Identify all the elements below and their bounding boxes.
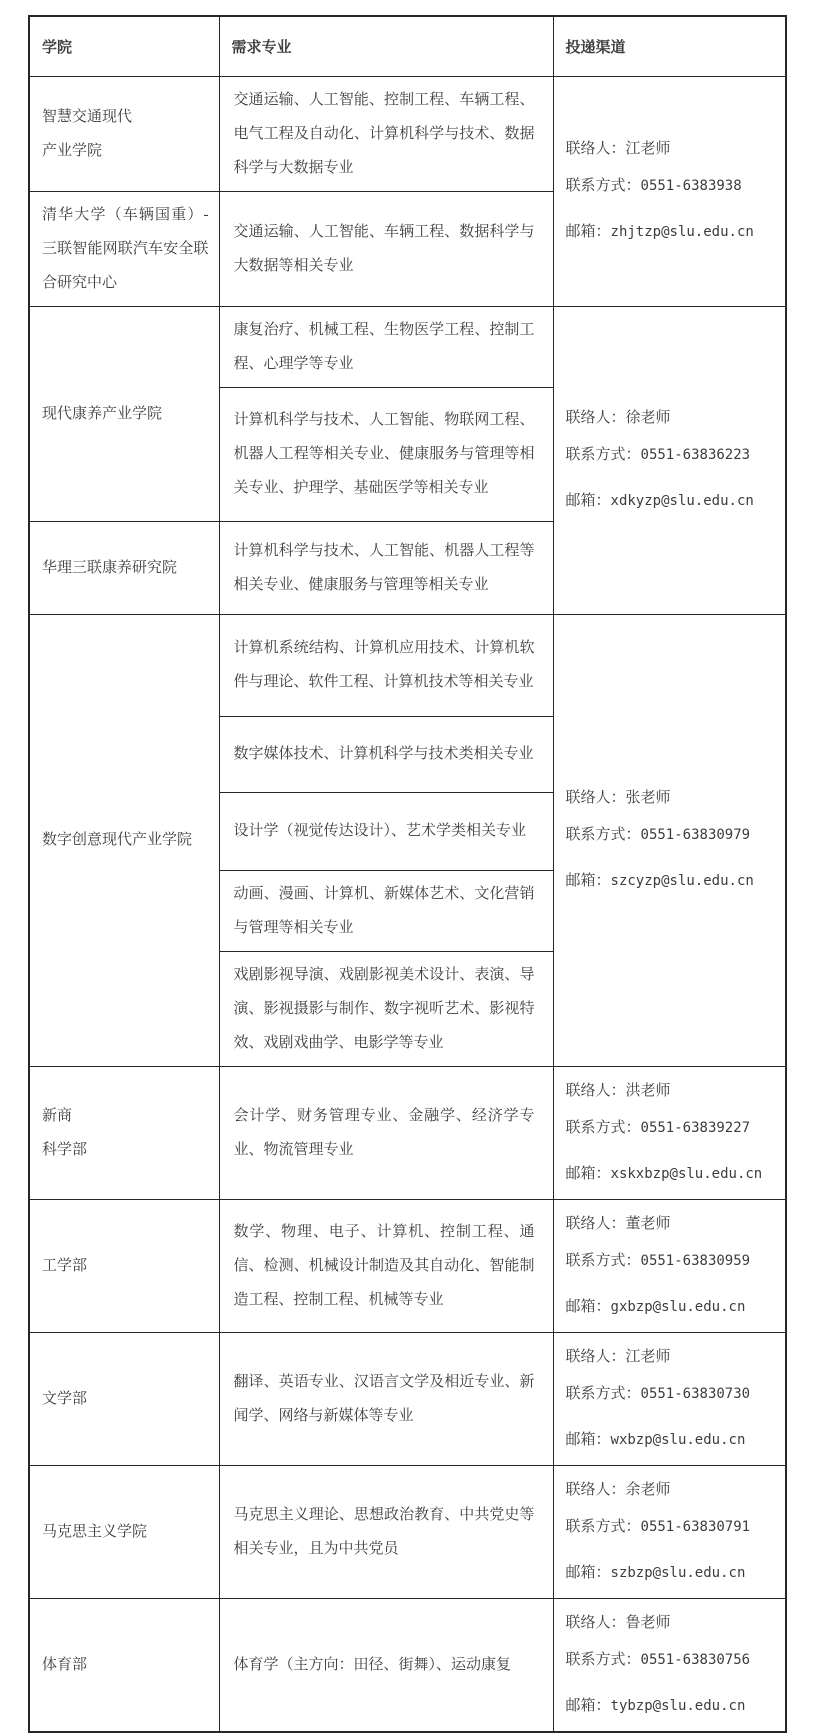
majors-cell: 设计学（视觉传达设计）、艺术学类相关专业 xyxy=(219,792,553,870)
contact-person-line: 联络人：鲁老师 xyxy=(566,1605,778,1642)
contact-person-name: 鲁老师 xyxy=(626,1615,671,1631)
contact-email-address: szcyzp@slu.edu.cn xyxy=(611,873,754,889)
contact-person-name: 洪老师 xyxy=(626,1083,671,1099)
contact-cell: 联络人：董老师 联系方式：0551-63830959 邮箱：gxbzp@slu.… xyxy=(553,1199,786,1332)
contact-phone-label: 联系方式： xyxy=(566,1386,641,1402)
table-row: 工学部 数学、物理、电子、计算机、控制工程、通信、检测、机械设计制造及其自动化、… xyxy=(29,1199,786,1332)
majors-cell: 动画、漫画、计算机、新媒体艺术、文化营销与管理等相关专业 xyxy=(219,870,553,951)
recruitment-table: 学院 需求专业 投递渠道 智慧交通现代 产业学院 交通运输、人工智能、控制工程、… xyxy=(28,15,787,1733)
contact-person-label: 联络人： xyxy=(566,1083,626,1099)
contact-person-label: 联络人： xyxy=(566,1216,626,1232)
contact-phone-line: 联系方式：0551-6383938 xyxy=(566,168,778,205)
contact-person-label: 联络人： xyxy=(566,141,626,157)
contact-phone-line: 联系方式：0551-63830730 xyxy=(566,1376,778,1413)
contact-email-address: gxbzp@slu.edu.cn xyxy=(611,1299,746,1315)
contact-phone-number: 0551-63830791 xyxy=(641,1519,751,1535)
contact-phone-label: 联系方式： xyxy=(566,1652,641,1668)
college-cell: 体育部 xyxy=(29,1598,219,1732)
contact-phone-line: 联系方式：0551-63839227 xyxy=(566,1110,778,1147)
college-cell: 数字创意现代产业学院 xyxy=(29,614,219,1066)
contact-phone-label: 联系方式： xyxy=(566,1120,641,1136)
contact-phone-line: 联系方式：0551-63836223 xyxy=(566,437,778,474)
contact-person-line: 联络人：徐老师 xyxy=(566,400,778,437)
majors-cell: 计算机系统结构、计算机应用技术、计算机软件与理论、软件工程、计算机技术等相关专业 xyxy=(219,614,553,716)
contact-person-name: 余老师 xyxy=(626,1482,671,1498)
contact-person-name: 江老师 xyxy=(626,141,671,157)
contact-email-address: szbzp@slu.edu.cn xyxy=(611,1565,746,1581)
contact-email-address: tybzp@slu.edu.cn xyxy=(611,1698,746,1714)
contact-person-label: 联络人： xyxy=(566,1482,626,1498)
header-row: 学院 需求专业 投递渠道 xyxy=(29,16,786,76)
header-channel: 投递渠道 xyxy=(553,16,786,76)
contact-email-label: 邮箱： xyxy=(566,1698,611,1714)
contact-email-label: 邮箱： xyxy=(566,1565,611,1581)
contact-email-label: 邮箱： xyxy=(566,1432,611,1448)
contact-email-label: 邮箱： xyxy=(566,224,611,240)
table-row: 马克思主义学院 马克思主义理论、思想政治教育、中共党史等相关专业，且为中共党员 … xyxy=(29,1465,786,1598)
contact-email-address: zhjtzp@slu.edu.cn xyxy=(611,224,754,240)
contact-email-line: 邮箱：wxbzp@slu.edu.cn xyxy=(566,1422,778,1459)
contact-email-line: 邮箱：gxbzp@slu.edu.cn xyxy=(566,1289,778,1326)
contact-phone-number: 0551-63836223 xyxy=(641,447,751,463)
table-row: 文学部 翻译、英语专业、汉语言文学及相近专业、新闻学、网络与新媒体等专业 联络人… xyxy=(29,1332,786,1465)
contact-email-line: 邮箱：tybzp@slu.edu.cn xyxy=(566,1688,778,1725)
contact-person-line: 联络人：董老师 xyxy=(566,1206,778,1243)
contact-phone-line: 联系方式：0551-63830791 xyxy=(566,1509,778,1546)
contact-phone-label: 联系方式： xyxy=(566,178,641,194)
majors-cell: 马克思主义理论、思想政治教育、中共党史等相关专业，且为中共党员 xyxy=(219,1465,553,1598)
contact-phone-label: 联系方式： xyxy=(566,447,641,463)
contact-email-line: 邮箱：xdkyzp@slu.edu.cn xyxy=(566,483,778,520)
college-cell: 新商 科学部 xyxy=(29,1066,219,1199)
majors-cell: 数字媒体技术、计算机科学与技术类相关专业 xyxy=(219,716,553,792)
contact-person-line: 联络人：余老师 xyxy=(566,1472,778,1509)
contact-person-label: 联络人： xyxy=(566,1615,626,1631)
contact-email-line: 邮箱：zhjtzp@slu.edu.cn xyxy=(566,214,778,251)
contact-person-name: 徐老师 xyxy=(626,410,671,426)
contact-person-name: 董老师 xyxy=(626,1216,671,1232)
contact-cell: 联络人：江老师 联系方式：0551-63830730 邮箱：wxbzp@slu.… xyxy=(553,1332,786,1465)
table-row: 数字创意现代产业学院 计算机系统结构、计算机应用技术、计算机软件与理论、软件工程… xyxy=(29,614,786,716)
table-row: 现代康养产业学院 康复治疗、机械工程、生物医学工程、控制工程、心理学等专业 联络… xyxy=(29,306,786,387)
majors-cell: 数学、物理、电子、计算机、控制工程、通信、检测、机械设计制造及其自动化、智能制造… xyxy=(219,1199,553,1332)
majors-cell: 翻译、英语专业、汉语言文学及相近专业、新闻学、网络与新媒体等专业 xyxy=(219,1332,553,1465)
college-cell: 清华大学（车辆国重）-三联智能网联汽车安全联合研究中心 xyxy=(29,191,219,306)
contact-phone-label: 联系方式： xyxy=(566,1253,641,1269)
contact-email-label: 邮箱： xyxy=(566,873,611,889)
contact-phone-number: 0551-63830730 xyxy=(641,1386,751,1402)
contact-person-label: 联络人： xyxy=(566,790,626,806)
majors-cell: 交通运输、人工智能、车辆工程、数据科学与大数据等相关专业 xyxy=(219,191,553,306)
contact-cell: 联络人：张老师 联系方式：0551-63830979 邮箱：szcyzp@slu… xyxy=(553,614,786,1066)
contact-person-label: 联络人： xyxy=(566,410,626,426)
header-college: 学院 xyxy=(29,16,219,76)
college-cell: 文学部 xyxy=(29,1332,219,1465)
contact-email-line: 邮箱：szcyzp@slu.edu.cn xyxy=(566,863,778,900)
contact-email-line: 邮箱：szbzp@slu.edu.cn xyxy=(566,1555,778,1592)
college-cell: 华理三联康养研究院 xyxy=(29,521,219,614)
contact-cell: 联络人：江老师 联系方式：0551-6383938 邮箱：zhjtzp@slu.… xyxy=(553,76,786,306)
majors-cell: 交通运输、人工智能、控制工程、车辆工程、电气工程及自动化、计算机科学与技术、数据… xyxy=(219,76,553,191)
majors-cell: 戏剧影视导演、戏剧影视美术设计、表演、导演、影视摄影与制作、数字视听艺术、影视特… xyxy=(219,951,553,1066)
contact-person-name: 江老师 xyxy=(626,1349,671,1365)
contact-phone-number: 0551-63830959 xyxy=(641,1253,751,1269)
contact-phone-line: 联系方式：0551-63830959 xyxy=(566,1243,778,1280)
college-cell: 工学部 xyxy=(29,1199,219,1332)
contact-person-line: 联络人：张老师 xyxy=(566,780,778,817)
contact-person-label: 联络人： xyxy=(566,1349,626,1365)
contact-phone-number: 0551-63830979 xyxy=(641,827,751,843)
header-majors: 需求专业 xyxy=(219,16,553,76)
table-row: 智慧交通现代 产业学院 交通运输、人工智能、控制工程、车辆工程、电气工程及自动化… xyxy=(29,76,786,191)
contact-person-line: 联络人：洪老师 xyxy=(566,1073,778,1110)
contact-email-address: xskxbzp@slu.edu.cn xyxy=(611,1166,763,1182)
contact-email-label: 邮箱： xyxy=(566,493,611,509)
contact-person-line: 联络人：江老师 xyxy=(566,131,778,168)
majors-cell: 计算机科学与技术、人工智能、物联网工程、机器人工程等相关专业、健康服务与管理等相… xyxy=(219,387,553,521)
contact-phone-number: 0551-63839227 xyxy=(641,1120,751,1136)
contact-phone-label: 联系方式： xyxy=(566,827,641,843)
majors-cell: 康复治疗、机械工程、生物医学工程、控制工程、心理学等专业 xyxy=(219,306,553,387)
contact-email-label: 邮箱： xyxy=(566,1166,611,1182)
contact-phone-line: 联系方式：0551-63830756 xyxy=(566,1642,778,1679)
contact-email-address: wxbzp@slu.edu.cn xyxy=(611,1432,746,1448)
college-cell: 现代康养产业学院 xyxy=(29,306,219,521)
contact-email-label: 邮箱： xyxy=(566,1299,611,1315)
contact-phone-number: 0551-6383938 xyxy=(641,178,742,194)
contact-cell: 联络人：鲁老师 联系方式：0551-63830756 邮箱：tybzp@slu.… xyxy=(553,1598,786,1732)
table-row: 体育部 体育学（主方向：田径、街舞）、运动康复 联络人：鲁老师 联系方式：055… xyxy=(29,1598,786,1732)
contact-email-line: 邮箱：xskxbzp@slu.edu.cn xyxy=(566,1156,778,1193)
majors-cell: 体育学（主方向：田径、街舞）、运动康复 xyxy=(219,1598,553,1732)
table-row: 新商 科学部 会计学、财务管理专业、金融学、经济学专业、物流管理专业 联络人：洪… xyxy=(29,1066,786,1199)
contact-cell: 联络人：徐老师 联系方式：0551-63836223 邮箱：xdkyzp@slu… xyxy=(553,306,786,614)
contact-email-address: xdkyzp@slu.edu.cn xyxy=(611,493,754,509)
college-cell: 智慧交通现代 产业学院 xyxy=(29,76,219,191)
college-cell: 马克思主义学院 xyxy=(29,1465,219,1598)
contact-phone-label: 联系方式： xyxy=(566,1519,641,1535)
contact-person-name: 张老师 xyxy=(626,790,671,806)
contact-cell: 联络人：余老师 联系方式：0551-63830791 邮箱：szbzp@slu.… xyxy=(553,1465,786,1598)
majors-cell: 计算机科学与技术、人工智能、机器人工程等相关专业、健康服务与管理等相关专业 xyxy=(219,521,553,614)
contact-person-line: 联络人：江老师 xyxy=(566,1339,778,1376)
contact-phone-line: 联系方式：0551-63830979 xyxy=(566,817,778,854)
contact-phone-number: 0551-63830756 xyxy=(641,1652,751,1668)
contact-cell: 联络人：洪老师 联系方式：0551-63839227 邮箱：xskxbzp@sl… xyxy=(553,1066,786,1199)
majors-cell: 会计学、财务管理专业、金融学、经济学专业、物流管理专业 xyxy=(219,1066,553,1199)
